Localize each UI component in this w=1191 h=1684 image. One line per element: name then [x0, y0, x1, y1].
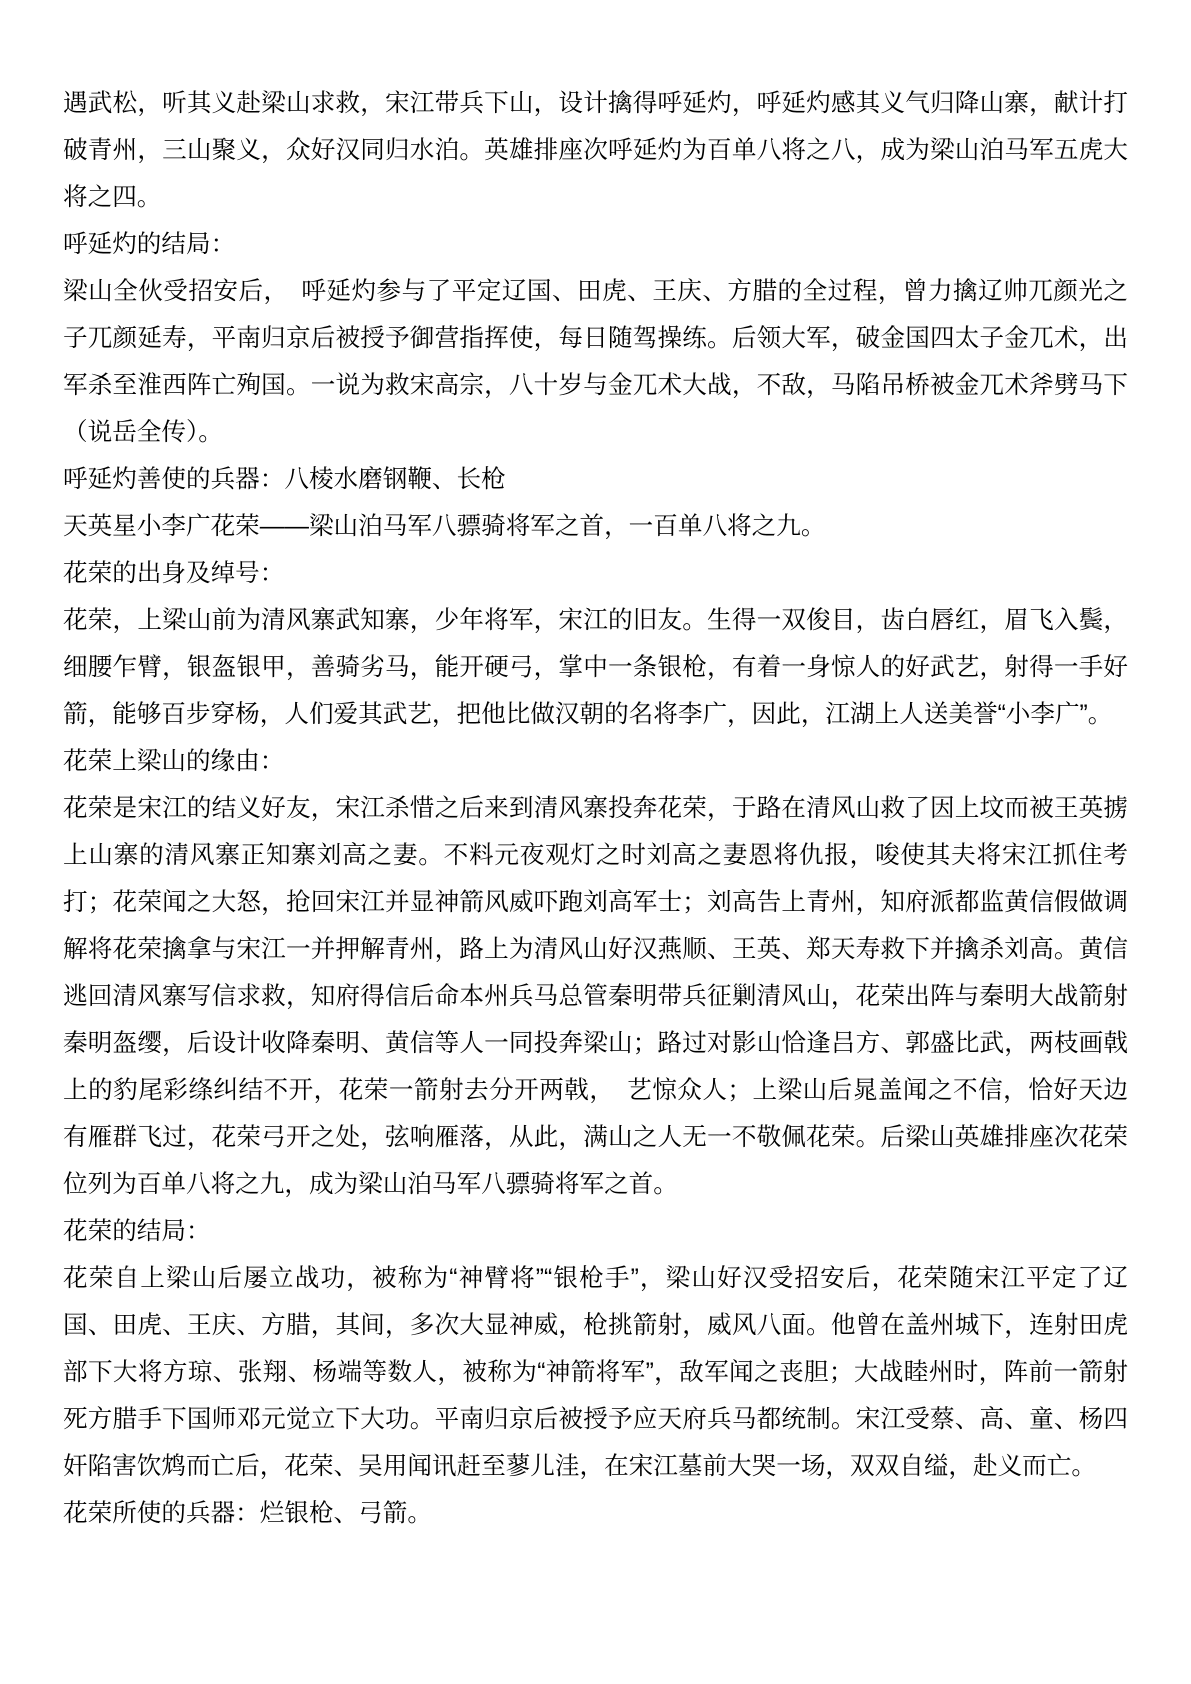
paragraph-huyanzhuo-ending: 梁山全伙受招安后， 呼延灼参与了平定辽国、田虎、王庆、方腊的全过程，曾力擒辽帅兀…: [63, 268, 1128, 456]
paragraph-huarong-origin: 花荣，上梁山前为清风寨武知寨，少年将军，宋江的旧友。生得一双俊目，齿白唇红，眉飞…: [63, 597, 1128, 738]
heading-huarong-ending: 花荣的结局：: [63, 1208, 1128, 1255]
heading-huarong-reason: 花荣上梁山的缘由：: [63, 738, 1128, 785]
paragraph-huarong-weapons: 花荣所使的兵器：烂银枪、弓箭。: [63, 1490, 1128, 1537]
paragraph-huarong-reason: 花荣是宋江的结义好友，宋江杀惜之后来到清风寨投奔花荣，于路在清风山救了因上坟而被…: [63, 785, 1128, 1208]
document-page: 遇武松，听其义赴梁山求救，宋江带兵下山，设计擒得呼延灼，呼延灼感其义气归降山寨，…: [0, 0, 1191, 1684]
heading-huarong-origin: 花荣的出身及绰号：: [63, 550, 1128, 597]
paragraph-huyanzhuo-joining-liangshan: 遇武松，听其义赴梁山求救，宋江带兵下山，设计擒得呼延灼，呼延灼感其义气归降山寨，…: [63, 80, 1128, 221]
paragraph-huarong-ending: 花荣自上梁山后屡立战功，被称为“神臂将”“银枪手”，梁山好汉受招安后，花荣随宋江…: [63, 1255, 1128, 1490]
paragraph-huarong-title: 天英星小李广花荣——梁山泊马军八骠骑将军之首，一百单八将之九。: [63, 503, 1128, 550]
paragraph-huyanzhuo-weapons: 呼延灼善使的兵器：八棱水磨钢鞭、长枪: [63, 456, 1128, 503]
heading-huyanzhuo-ending: 呼延灼的结局：: [63, 221, 1128, 268]
